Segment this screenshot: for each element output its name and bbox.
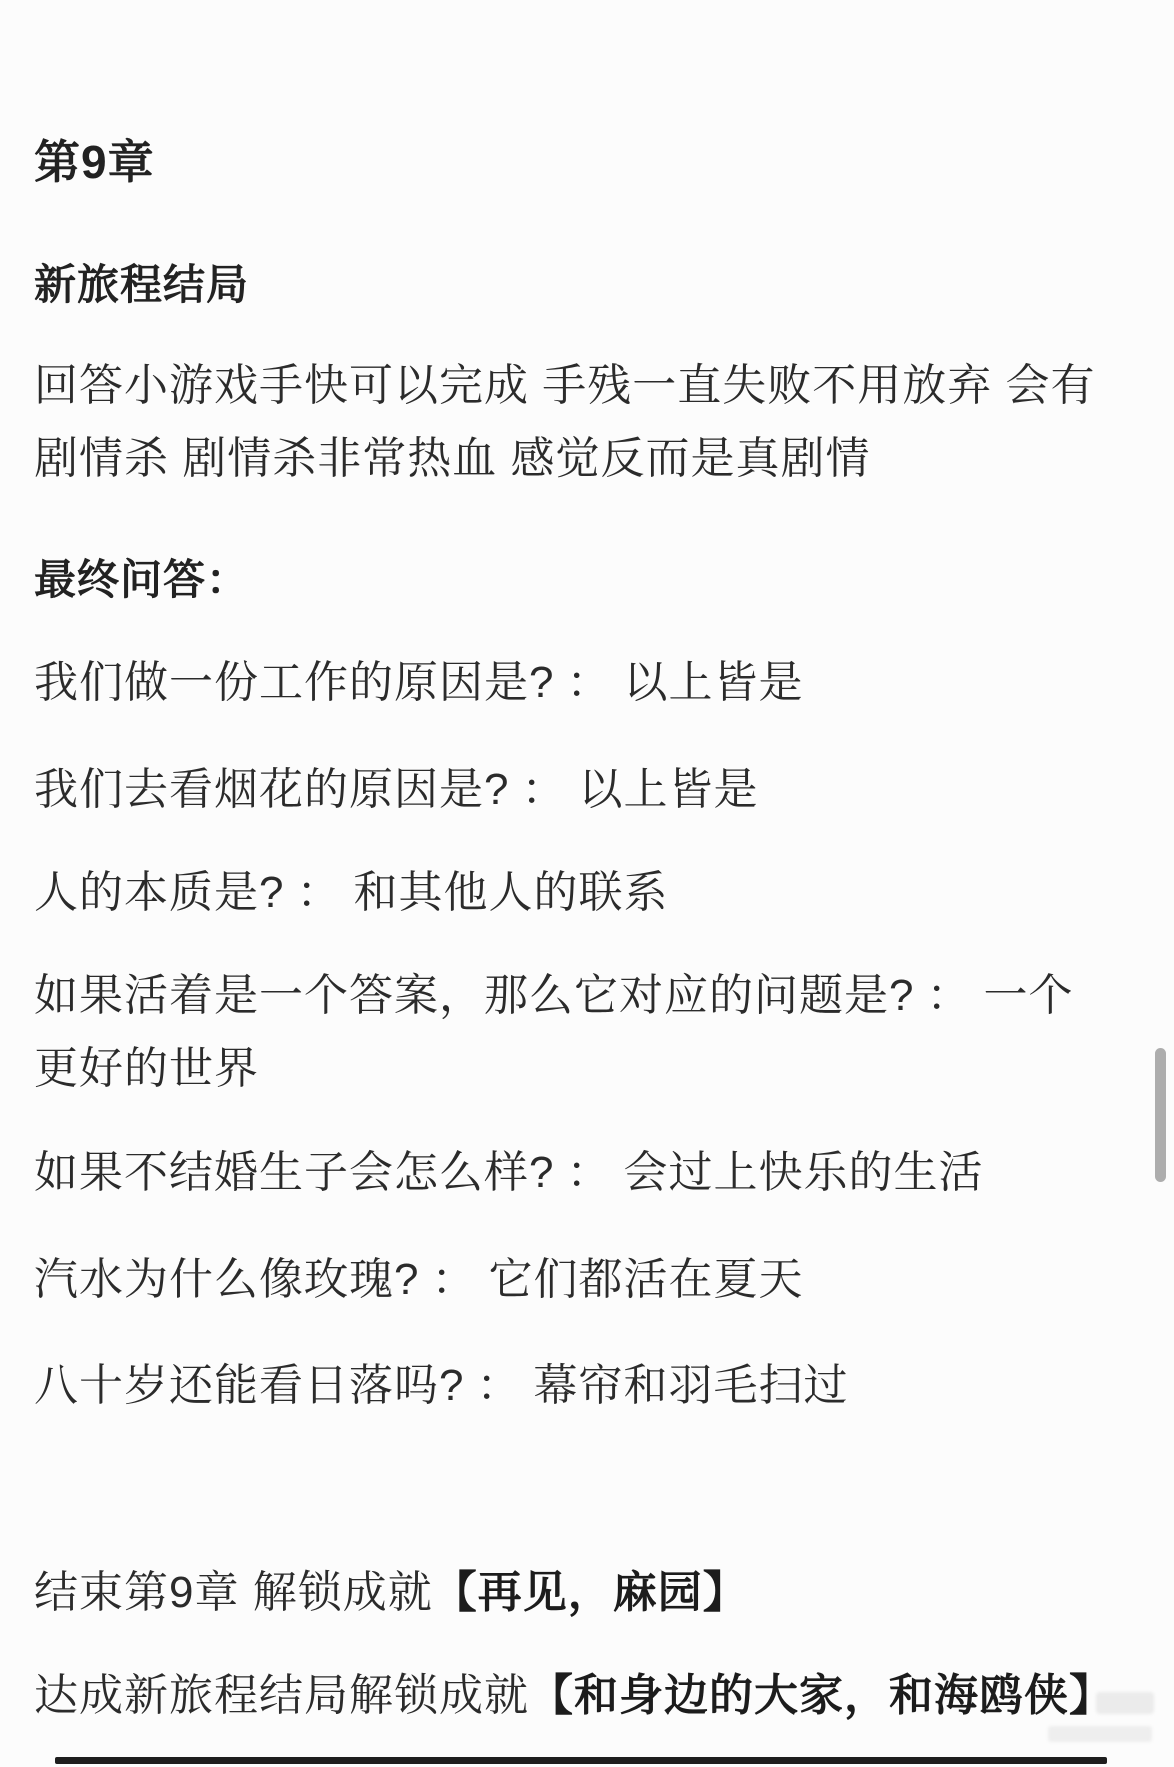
qa-item: 汽水为什么像玫瑰?：它们都活在夏天 bbox=[34, 1243, 1114, 1316]
ending-line: 结束第9章 解锁成就【再见，麻园】 bbox=[34, 1556, 1114, 1629]
qa-separator: ： bbox=[476, 1361, 521, 1410]
section-title: 新旅程结局 bbox=[34, 248, 1114, 321]
qa-item: 如果活着是一个答案，那么它对应的问题是?：一个更好的世界 bbox=[34, 959, 1114, 1105]
ending-prefix: 达成新旅程结局解锁成就 bbox=[34, 1671, 529, 1720]
qa-item: 我们去看烟花的原因是?：以上皆是 bbox=[34, 753, 1114, 826]
qa-separator: ： bbox=[521, 765, 566, 814]
qa-separator: ： bbox=[926, 971, 971, 1020]
intro-paragraph: 回答小游戏手快可以完成 手残一直失败不用放弃 会有剧情杀 剧情杀非常热血 感觉反… bbox=[34, 349, 1114, 495]
qa-separator: ： bbox=[431, 1255, 476, 1304]
scrollbar-thumb[interactable] bbox=[1155, 1048, 1166, 1182]
qa-question: 汽水为什么像玫瑰? bbox=[34, 1255, 419, 1304]
qa-answer: 它们都活在夏天 bbox=[488, 1255, 803, 1304]
chapter-title: 第9章 bbox=[34, 126, 1114, 199]
qa-separator: ： bbox=[296, 868, 341, 917]
qa-answer: 会过上快乐的生活 bbox=[623, 1148, 983, 1197]
qa-separator: ： bbox=[566, 658, 611, 707]
qa-heading: 最终问答： bbox=[34, 543, 1114, 616]
ending-prefix: 结束第9章 解锁成就 bbox=[34, 1568, 433, 1617]
qa-question: 如果不结婚生子会怎么样? bbox=[34, 1148, 554, 1197]
qa-answer: 以上皆是 bbox=[623, 658, 803, 707]
qa-question: 八十岁还能看日落吗? bbox=[34, 1361, 464, 1410]
qa-answer: 幕帘和羽毛扫过 bbox=[533, 1361, 848, 1410]
qa-item: 人的本质是?：和其他人的联系 bbox=[34, 856, 1114, 929]
qa-answer: 和其他人的联系 bbox=[353, 868, 668, 917]
qa-question: 我们做一份工作的原因是? bbox=[34, 658, 554, 707]
qa-item: 如果不结婚生子会怎么样?：会过上快乐的生活 bbox=[34, 1136, 1114, 1209]
bottom-divider bbox=[55, 1757, 1107, 1764]
qa-question: 我们去看烟花的原因是? bbox=[34, 765, 509, 814]
achievement-name: 【再见，麻园】 bbox=[433, 1568, 748, 1617]
qa-question: 人的本质是? bbox=[34, 868, 284, 917]
achievement-name: 【和身边的大家，和海鸥侠】 bbox=[529, 1671, 1114, 1720]
qa-answer: 以上皆是 bbox=[578, 765, 758, 814]
ending-line: 达成新旅程结局解锁成就【和身边的大家，和海鸥侠】 bbox=[34, 1659, 1114, 1732]
watermark-id bbox=[1048, 1726, 1152, 1742]
qa-item: 我们做一份工作的原因是?：以上皆是 bbox=[34, 646, 1114, 719]
qa-separator: ： bbox=[566, 1148, 611, 1197]
qa-item: 八十岁还能看日落吗?：幕帘和羽毛扫过 bbox=[34, 1349, 1114, 1422]
watermark-badge bbox=[1096, 1692, 1154, 1714]
qa-question: 如果活着是一个答案，那么它对应的问题是? bbox=[34, 971, 914, 1020]
